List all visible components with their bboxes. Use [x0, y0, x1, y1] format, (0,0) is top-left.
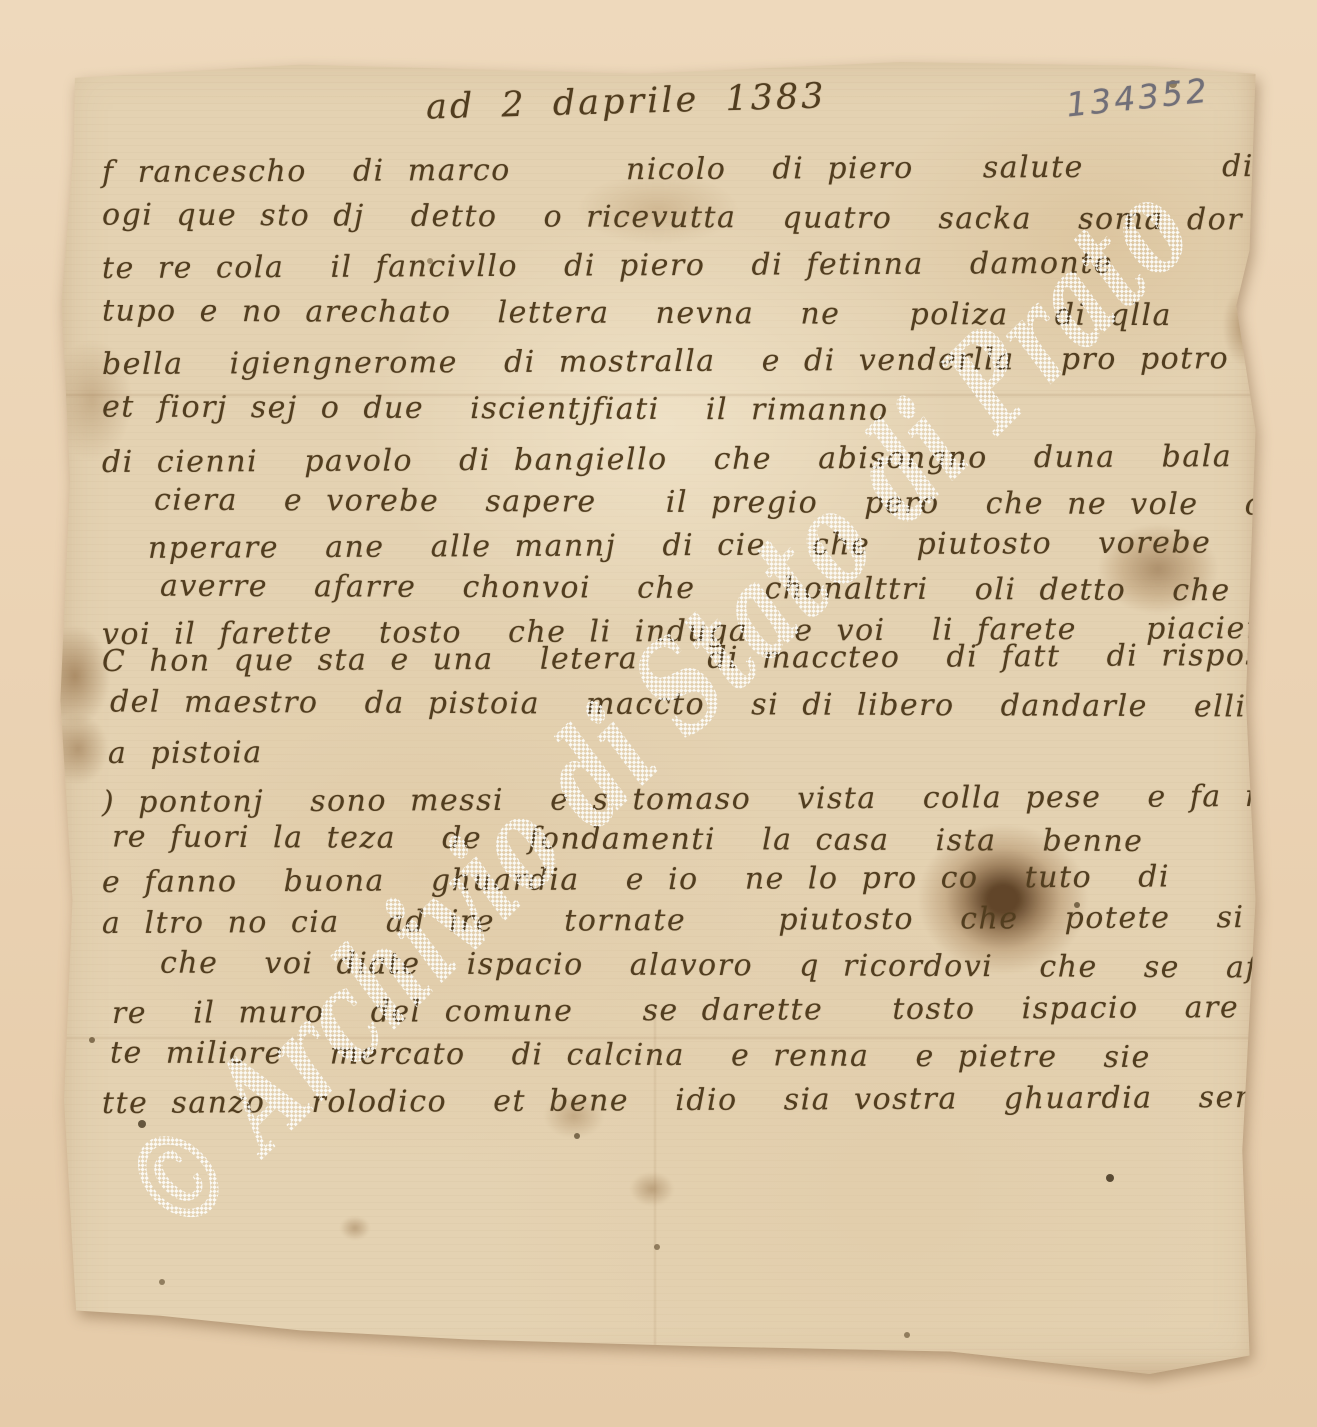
handwriting-line: f rancescho di marco nicolo di piero sal… — [102, 143, 1262, 197]
handwriting-paragraph: f rancescho di marco nicolo di piero sal… — [102, 146, 1262, 434]
ink-stain — [340, 1216, 370, 1240]
manuscript-paper: ad 2 daprile 1383 134352 f rancescho di … — [58, 54, 1264, 1378]
handwriting-paragraph: a ltro no cia ad ire tornate piutosto ch… — [102, 898, 1262, 1123]
handwriting-line: ogi que sto dj detto o ricevutta quatro … — [102, 191, 1262, 244]
handwriting-paragraph: ) pontonj sono messi e s tomaso vista co… — [102, 780, 1262, 900]
handwriting-line: a ltro no cia ad ire tornate piutosto ch… — [102, 895, 1262, 946]
handwriting-line: re il muro del comune se darette tosto i… — [112, 985, 1262, 1036]
handwriting-line: che voi diate ispacio alavoro q ricordov… — [160, 941, 1262, 991]
handwriting-line: C hon que sta e una letera di maccteo di… — [102, 633, 1262, 685]
handwriting-paragraph: C hon que sta e una letera di maccteo di… — [102, 636, 1262, 774]
handwriting-paragraph: di cienni pavolo di bangiello che abison… — [102, 438, 1262, 653]
handwriting-line: tupo e no arechato lettera nevna ne poli… — [102, 287, 1262, 340]
handwriting-line: bella igiengnerome di mostralla e di ven… — [102, 335, 1262, 389]
scan-background: ad 2 daprile 1383 134352 f rancescho di … — [0, 0, 1317, 1427]
handwriting-line: te re cola il fancivllo di piero di feti… — [102, 239, 1262, 293]
date-heading: ad 2 daprile 1383 — [426, 76, 827, 127]
handwriting-line: averre afarre chonvoi che chonalttri oli… — [160, 565, 1262, 613]
handwriting-line: ciera e vorebe sapere il pregio pero che… — [154, 479, 1262, 527]
ink-stain — [58, 714, 108, 784]
archive-number: 134352 — [1064, 71, 1211, 125]
handwriting-line: a pistoia — [108, 725, 1262, 777]
handwriting-line: di cienni pavolo di bangiello che abison… — [102, 435, 1262, 484]
handwriting-line: et fiorj sej o due iscientjfiati il rima… — [102, 383, 1262, 436]
handwriting-line: ) pontonj sono messi e s tomaso vista co… — [102, 777, 1262, 823]
ink-stain — [630, 1172, 674, 1206]
handwriting-line: del maestro da pistoia maccto si di libe… — [110, 679, 1262, 730]
paper-sheet: ad 2 daprile 1383 134352 f rancescho di … — [58, 54, 1264, 1378]
handwriting-line: te miliore mercato di calcina e renna e … — [110, 1030, 1262, 1080]
handwriting-line: nperare ane alle mannj di cie che piutos… — [148, 521, 1262, 570]
handwriting-line: tte sanzo rolodico et bene idio sia vost… — [102, 1075, 1262, 1126]
paper-specks — [58, 54, 62, 58]
handwriting-line: re fuori la teza de fondamenti la casa i… — [112, 817, 1262, 862]
